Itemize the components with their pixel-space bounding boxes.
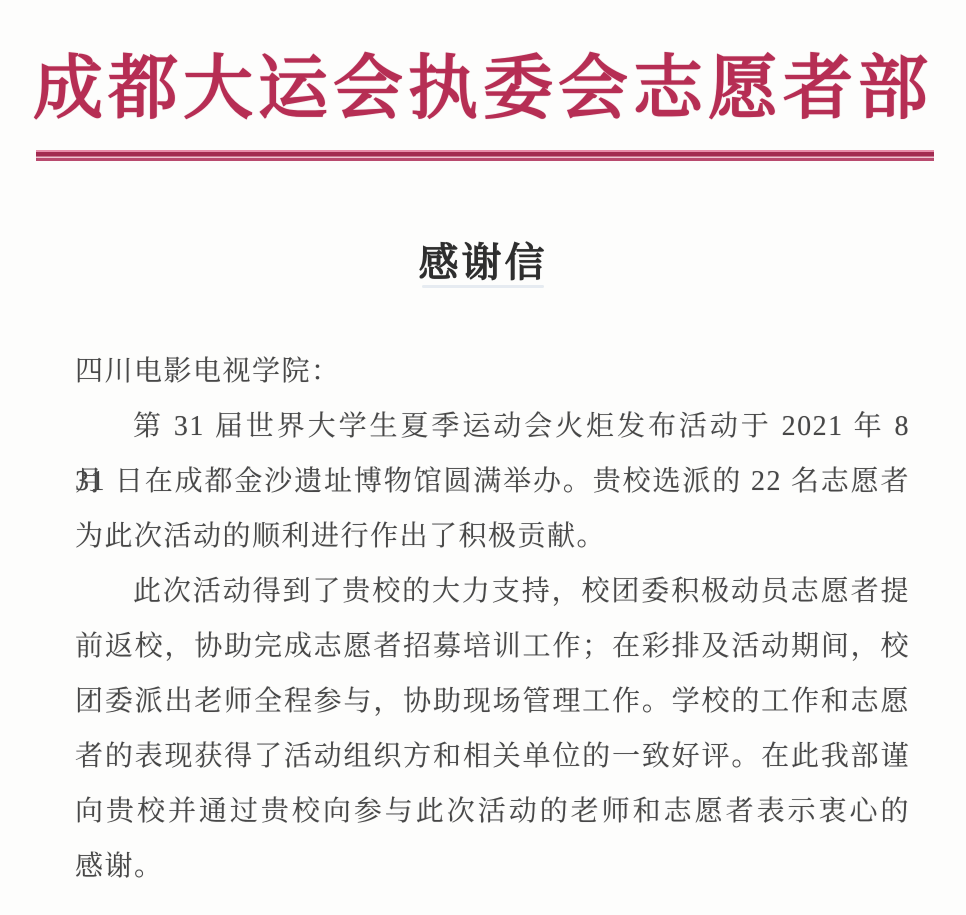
letterhead-divider	[36, 150, 934, 161]
letter-page: 成都大运会执委会志愿者部 感谢信 四川电影电视学院： 第 31 届世界大学生夏季…	[0, 0, 966, 915]
letter-closing-line: 感谢。	[75, 839, 910, 894]
letter-line: 前返校，协助完成志愿者招募培训工作；在彩排及活动期间，校	[75, 619, 910, 674]
letter-line: 者的表现获得了活动组织方和相关单位的一致好评。在此我部谨	[75, 729, 910, 784]
letter-line: 团委派出老师全程参与，协助现场管理工作。学校的工作和志愿	[75, 674, 910, 729]
letter-title: 感谢信	[0, 243, 966, 283]
scan-artifact	[422, 285, 544, 288]
letterhead-org-name: 成都大运会执委会志愿者部	[0, 0, 966, 138]
letter-line: 为此次活动的顺利进行作出了积极贡献。	[75, 509, 910, 564]
letter-line: 此次活动得到了贵校的大力支持，校团委积极动员志愿者提	[75, 564, 910, 619]
letter-line: 向贵校并通过贵校向参与此次活动的老师和志愿者表示衷心的	[75, 784, 910, 839]
salutation-line: 四川电影电视学院：	[75, 344, 910, 399]
letter-line: 31 日在成都金沙遗址博物馆圆满举办。贵校选派的 22 名志愿者	[75, 454, 910, 509]
letter-body: 四川电影电视学院： 第 31 届世界大学生夏季运动会火炬发布活动于 2021 年…	[75, 344, 910, 894]
letter-line: 第 31 届世界大学生夏季运动会火炬发布活动于 2021 年 8 月	[75, 399, 910, 454]
